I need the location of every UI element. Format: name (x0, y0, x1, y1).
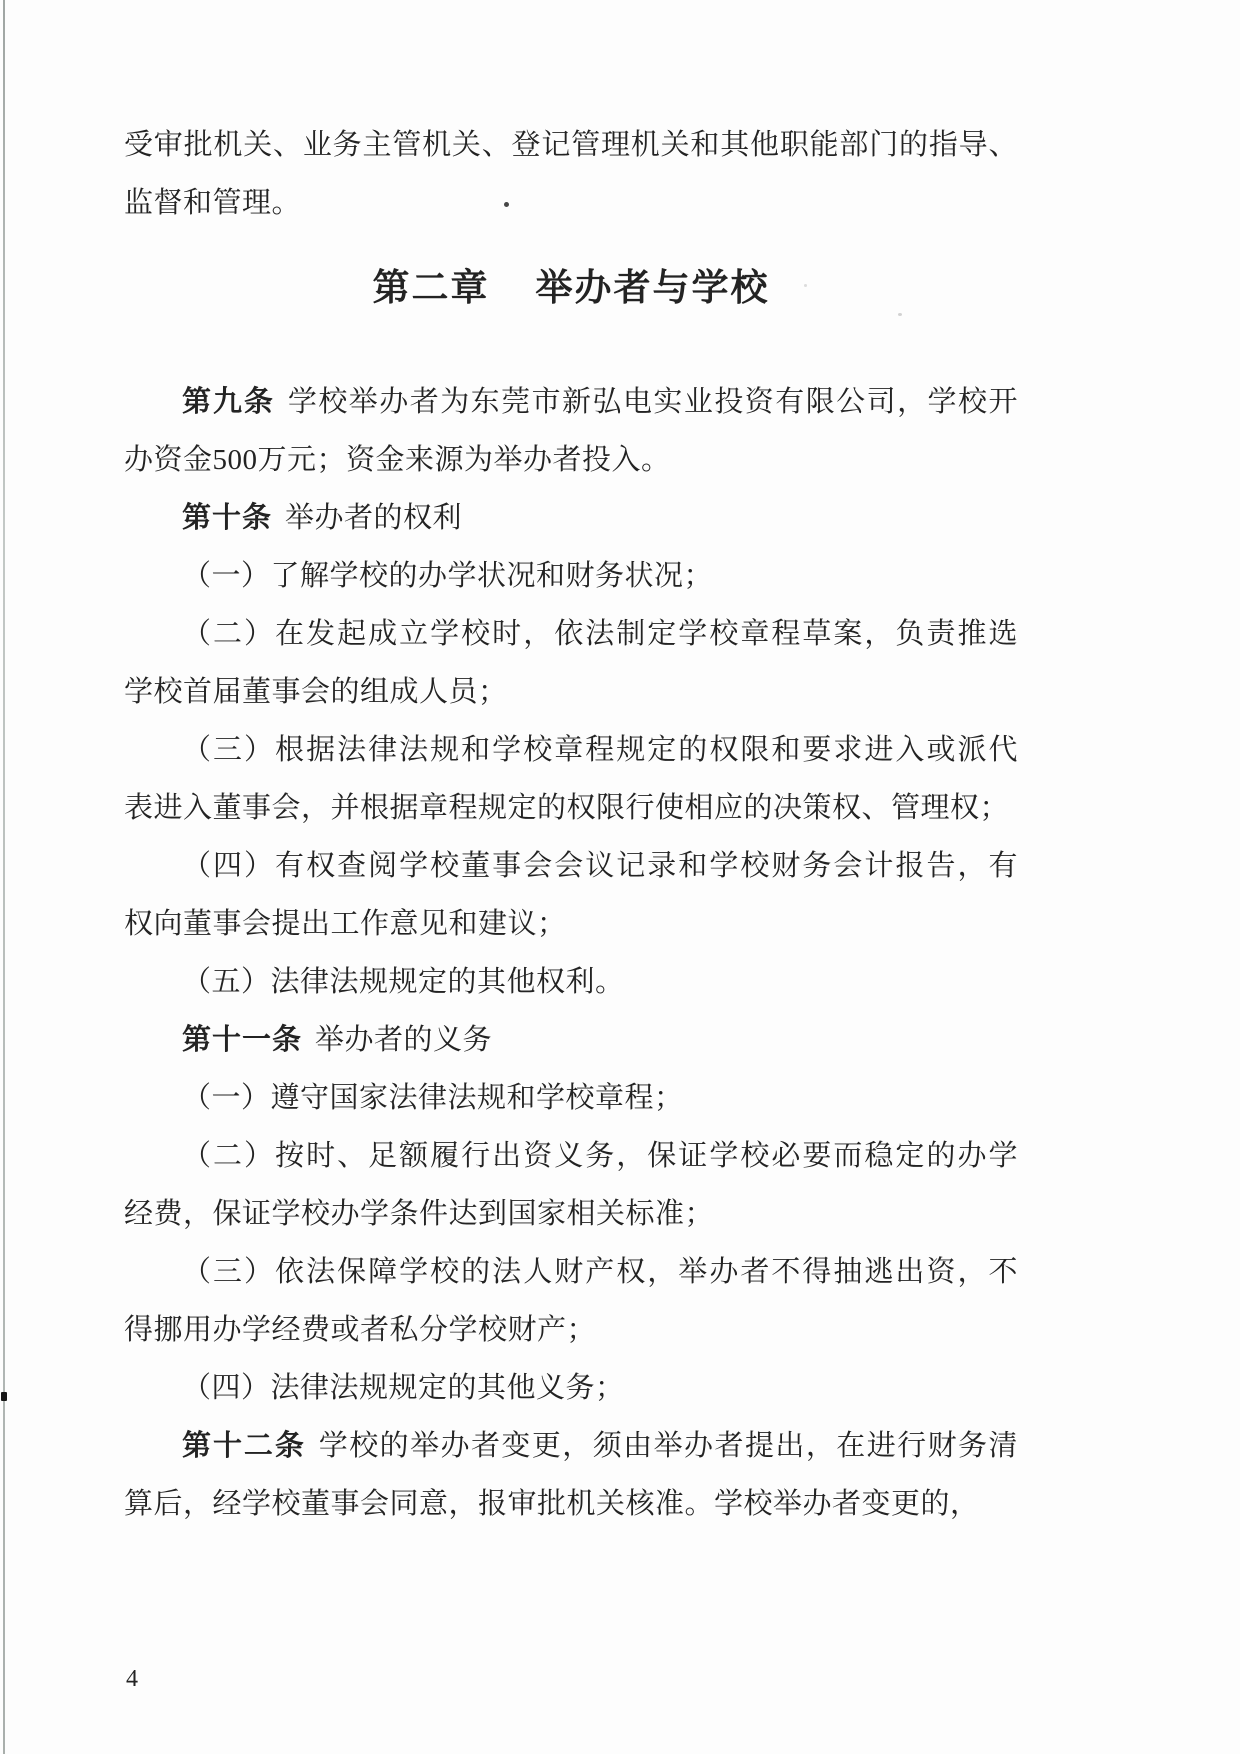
text-run: （四）法律法规规定的其他义务； (182, 1372, 625, 1404)
text-run: （三）根据法律法规和学校章程规定的权限和要求进入或派代 (182, 734, 1018, 766)
text-run: 学校的举办者变更，须由举办者提出，在进行财务清 (319, 1430, 1018, 1462)
article-number-label: 第十条 (182, 502, 272, 534)
text-run: 经费，保证学校办学条件达到国家相关标准； (124, 1198, 714, 1230)
text-line: （三）依法保障学校的法人财产权，举办者不得抽逃出资，不 (124, 1243, 1018, 1301)
text-line: （一）了解学校的办学状况和财务状况； (124, 547, 1018, 605)
text-line: 算后，经学校董事会同意，报审批机关核准。学校举办者变更的， (124, 1475, 1018, 1533)
text-line: 监督和管理。 (124, 174, 1018, 232)
scan-edge-line (3, 0, 5, 1754)
text-line: （二）按时、足额履行出资义务，保证学校必要而稳定的办学 (124, 1127, 1018, 1185)
text-line: 表进入董事会，并根据章程规定的权限行使相应的决策权、管理权； (124, 779, 1018, 837)
text-line: （三）根据法律法规和学校章程规定的权限和要求进入或派代 (124, 721, 1018, 779)
text-line: 第十一条举办者的义务 (124, 1011, 1018, 1069)
text-line: 经费，保证学校办学条件达到国家相关标准； (124, 1185, 1018, 1243)
text-run: 举办者的权利 (285, 502, 462, 534)
text-run: （五）法律法规规定的其他权利。 (182, 966, 625, 998)
text-run: 权向董事会提出工作意见和建议； (124, 908, 567, 940)
text-run: （一）遵守国家法律法规和学校章程； (182, 1082, 684, 1114)
text-run: （四）有权查阅学校董事会会议记录和学校财务会计报告，有 (182, 850, 1018, 882)
article-number-label: 第十一条 (182, 1024, 302, 1056)
chapter-heading: 第二章举办者与学校 (124, 259, 1018, 317)
page-number: 4 (126, 1666, 138, 1693)
text-run: 表进入董事会，并根据章程规定的权限行使相应的决策权、管理权； (124, 792, 1009, 824)
text-run: （二）在发起成立学校时，依法制定学校章程草案，负责推选 (182, 618, 1018, 650)
text-line: 学校首届董事会的组成人员； (124, 663, 1018, 721)
chapter-title: 举办者与学校 (536, 267, 770, 308)
text-line: 受审批机关、业务主管机关、登记管理机关和其他职能部门的指导、 (124, 116, 1018, 174)
text-line: （四）有权查阅学校董事会会议记录和学校财务会计报告，有 (124, 837, 1018, 895)
text-line: （五）法律法规规定的其他权利。 (124, 953, 1018, 1011)
scan-edge-mark (1, 1392, 7, 1401)
text-run: 得挪用办学经费或者私分学校财产； (124, 1314, 596, 1346)
text-line: （二）在发起成立学校时，依法制定学校章程草案，负责推选 (124, 605, 1018, 663)
text-run: 办资金500万元；资金来源为举办者投入。 (124, 444, 671, 476)
text-line: 得挪用办学经费或者私分学校财产； (124, 1301, 1018, 1359)
text-run: （二）按时、足额履行出资义务，保证学校必要而稳定的办学 (182, 1140, 1018, 1172)
document-body: 受审批机关、业务主管机关、登记管理机关和其他职能部门的指导、监督和管理。第二章举… (124, 116, 1018, 1533)
text-line: 第十条举办者的权利 (124, 489, 1018, 547)
scanned-document-page: 受审批机关、业务主管机关、登记管理机关和其他职能部门的指导、监督和管理。第二章举… (0, 0, 1240, 1754)
text-run: 受审批机关、业务主管机关、登记管理机关和其他职能部门的指导、 (124, 129, 1018, 161)
text-run: 举办者的义务 (315, 1024, 492, 1056)
text-run: 学校首届董事会的组成人员； (124, 676, 508, 708)
text-line: 第十二条学校的举办者变更，须由举办者提出，在进行财务清 (124, 1417, 1018, 1475)
text-line: 办资金500万元；资金来源为举办者投入。 (124, 431, 1018, 489)
chapter-number: 第二章 (373, 267, 490, 308)
article-number-label: 第十二条 (182, 1430, 306, 1462)
text-line: 权向董事会提出工作意见和建议； (124, 895, 1018, 953)
text-run: （三）依法保障学校的法人财产权，举办者不得抽逃出资，不 (182, 1256, 1018, 1288)
text-run: 监督和管理。 (124, 187, 301, 219)
text-line: （四）法律法规规定的其他义务； (124, 1359, 1018, 1417)
text-line: （一）遵守国家法律法规和学校章程； (124, 1069, 1018, 1127)
text-run: （一）了解学校的办学状况和财务状况； (182, 560, 713, 592)
text-run: 算后，经学校董事会同意，报审批机关核准。学校举办者变更的， (124, 1488, 980, 1520)
article-number-label: 第九条 (182, 386, 275, 418)
text-run: 学校举办者为东莞市新弘电实业投资有限公司，学校开 (288, 386, 1018, 418)
text-line: 第九条学校举办者为东莞市新弘电实业投资有限公司，学校开 (124, 373, 1018, 431)
